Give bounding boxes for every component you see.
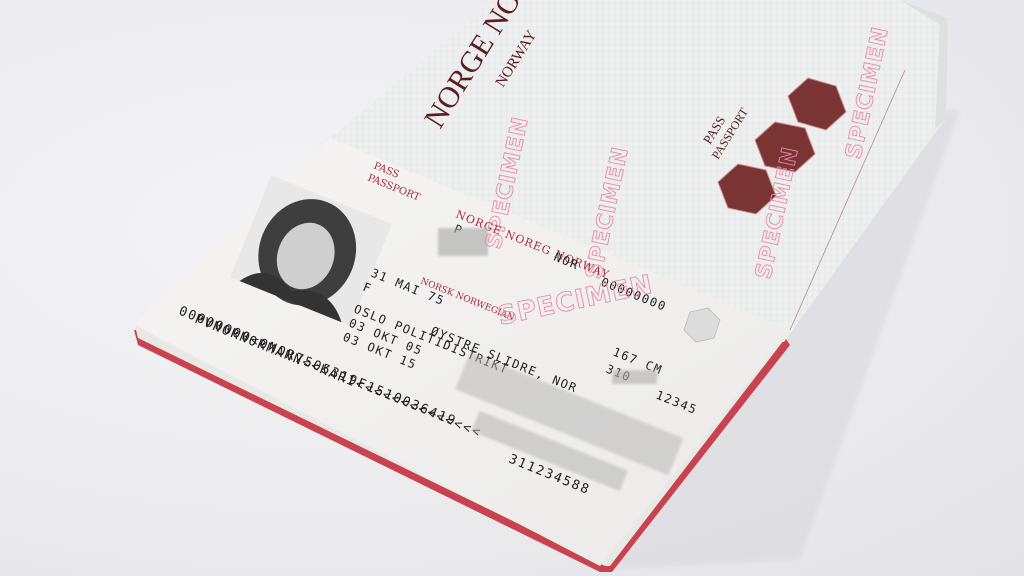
- redacted-personal-no: [612, 370, 657, 384]
- passport-scene: NORGE NO NORWAY PASS PASSPORT SPECIMEN S…: [0, 0, 1024, 576]
- redacted-name: [438, 228, 488, 256]
